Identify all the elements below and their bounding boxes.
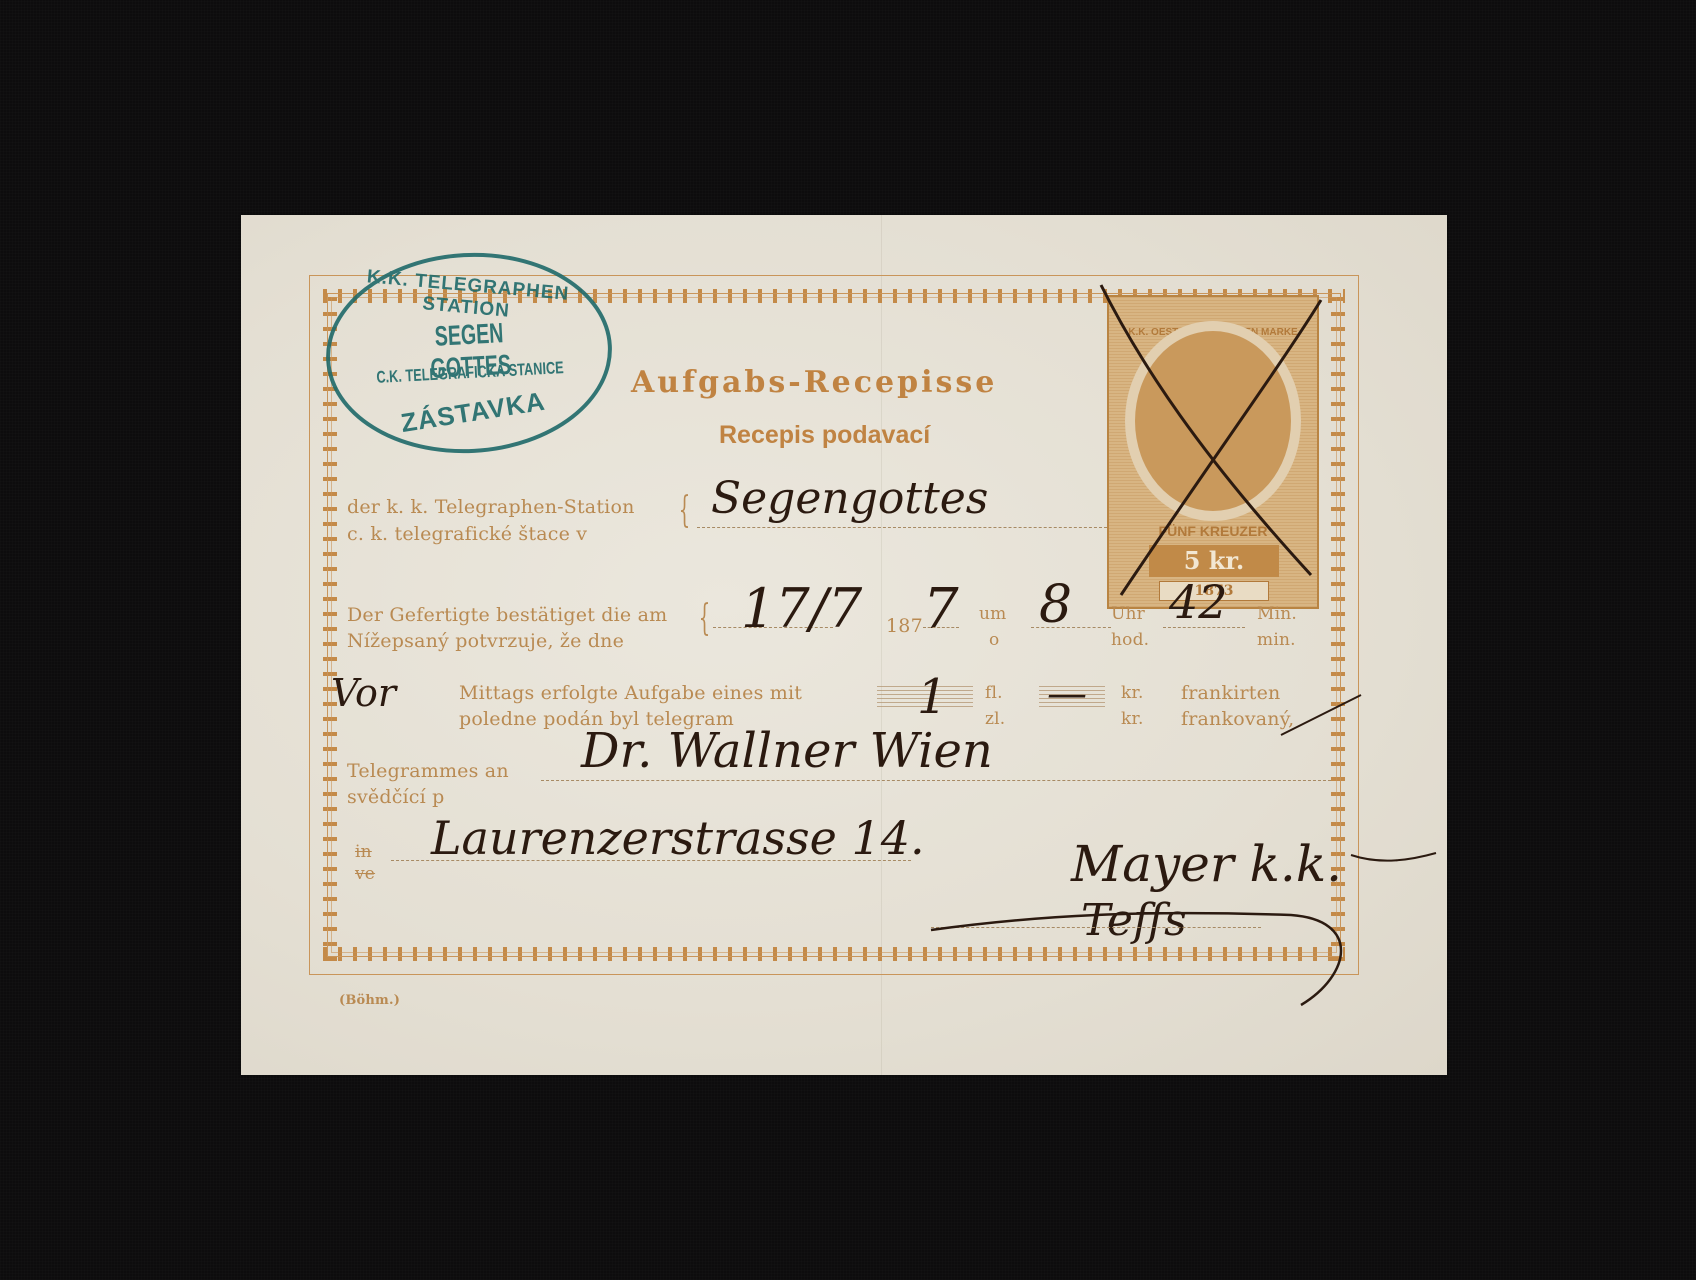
signature-tail-stroke [1351,853,1436,861]
vor-margin-note-handwritten: Vor [331,671,396,715]
signature-handwritten: Mayer k.k. [1071,835,1342,893]
recipient-label-cz: svědčící p [347,785,445,809]
date-day-month-handwritten: 17/7 [741,577,862,640]
recipient-dotted-line [541,780,1331,781]
signature-flourish-handwritten: Teffs [1081,895,1187,946]
kr-label-de: kr. [1121,681,1144,705]
postage-stamp: K.K. OEST. TELEGRAPHEN MARKE FÜNF KREUZE… [1107,295,1319,609]
franked-label-de: frankirten [1181,681,1280,705]
hour-label-cz: o [989,628,999,652]
footer-note: (Böhm.) [339,989,400,1013]
telegraph-receipt-card: Aufgabs-Recepisse Recepis podavací K.K. … [241,215,1447,1075]
document-title: Aufgabs-Recepisse [631,365,997,400]
address-label-de: in [355,840,372,864]
document-subtitle: Recepis podavací [719,421,930,450]
date-label-cz: Nížepsaný potvrzuje, že dne [347,629,624,653]
year-suffix-handwritten: 7 [923,577,959,642]
florins-handwritten: 1 [917,669,948,725]
kreuzer-handwritten: — [1047,671,1087,717]
address-label-cz: ve [355,862,375,886]
year-prefix: 187 [886,614,923,638]
min-label-de: Min. [1257,602,1297,626]
brace: { [679,489,690,533]
station-label-de: der k. k. Telegraphen-Station [347,495,635,519]
postage-bottom-text: FÜNF KREUZER [1109,523,1317,539]
address-handwritten: Laurenzerstrasse 14. [431,811,925,865]
submission-label-de: Mittags erfolgte Aufgabe eines mit [459,681,802,705]
recipient-label-de: Telegrammes an [347,759,509,783]
station-dotted-line [697,527,1107,528]
uhr-label-de: Uhr [1111,602,1145,626]
kr-label-cz: kr. [1121,707,1144,731]
brace: { [699,597,710,641]
franked-label-cz: frankovaný, [1181,707,1294,731]
minute-handwritten: 42 [1169,575,1228,629]
emperor-portrait-icon [1125,321,1301,521]
recipient-handwritten: Dr. Wallner Wien [581,723,993,779]
min-label-cz: min. [1257,628,1296,652]
signature-dotted-line [931,927,1261,928]
uhr-label-cz: hod. [1111,628,1149,652]
station-label-cz: c. k. telegrafické štace v [347,522,587,546]
year-dotted-line [923,627,959,628]
hour-label-de: um [979,602,1006,626]
postmark-bottom-text: ZÁSTAVKA [372,381,574,443]
postage-value: 5 kr. [1149,545,1279,577]
fl-label-de: fl. [985,681,1003,705]
hour-handwritten: 8 [1039,575,1072,635]
station-handwritten: Segengottes [711,473,988,524]
date-label-de: Der Gefertigte bestätiget die am [347,603,667,627]
